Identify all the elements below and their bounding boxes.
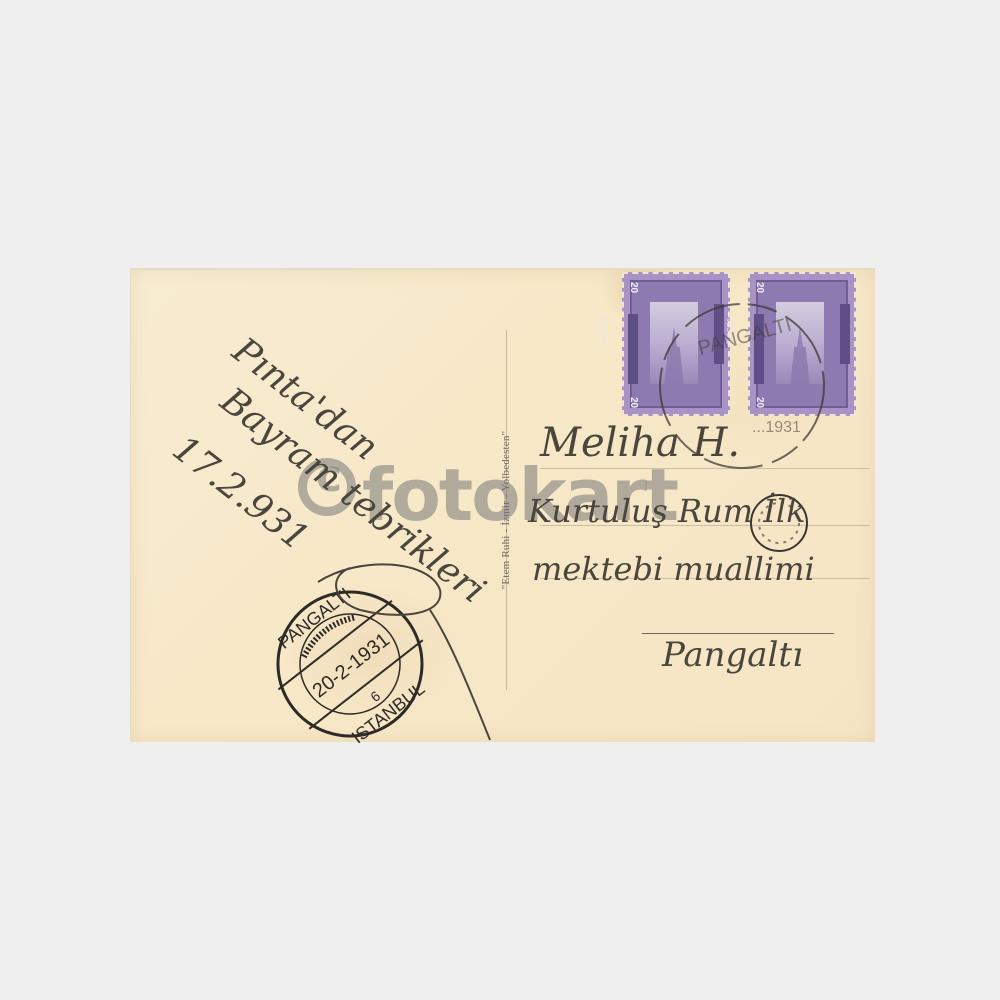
stamp-posta-label: POSTA (628, 314, 638, 384)
stamp-value-top: 20 (628, 282, 639, 293)
address-city: Pangaltı (662, 635, 803, 675)
stamp-value-top: 20 (754, 282, 765, 293)
address-line-occupation: mektebi muallimi (532, 550, 815, 588)
address-line-4 (642, 633, 834, 634)
stamp-country-label (840, 304, 850, 364)
mosque-illustration-icon (790, 327, 809, 384)
address-line-school: Kurtuluş Rum İlk (528, 492, 806, 530)
stamp-posta-label: POSTA (754, 314, 764, 384)
stamp-country-label (714, 304, 724, 364)
stamp-value-bottom: 20 (628, 397, 639, 408)
address-recipient: Meliha H. (540, 420, 740, 466)
stamp-value-bottom: 20 (754, 397, 765, 408)
postage-stamp-2: POSTA 20 20 (748, 272, 856, 416)
mosque-illustration-icon (664, 327, 683, 384)
postage-stamp-1: POSTA 20 20 (622, 272, 730, 416)
